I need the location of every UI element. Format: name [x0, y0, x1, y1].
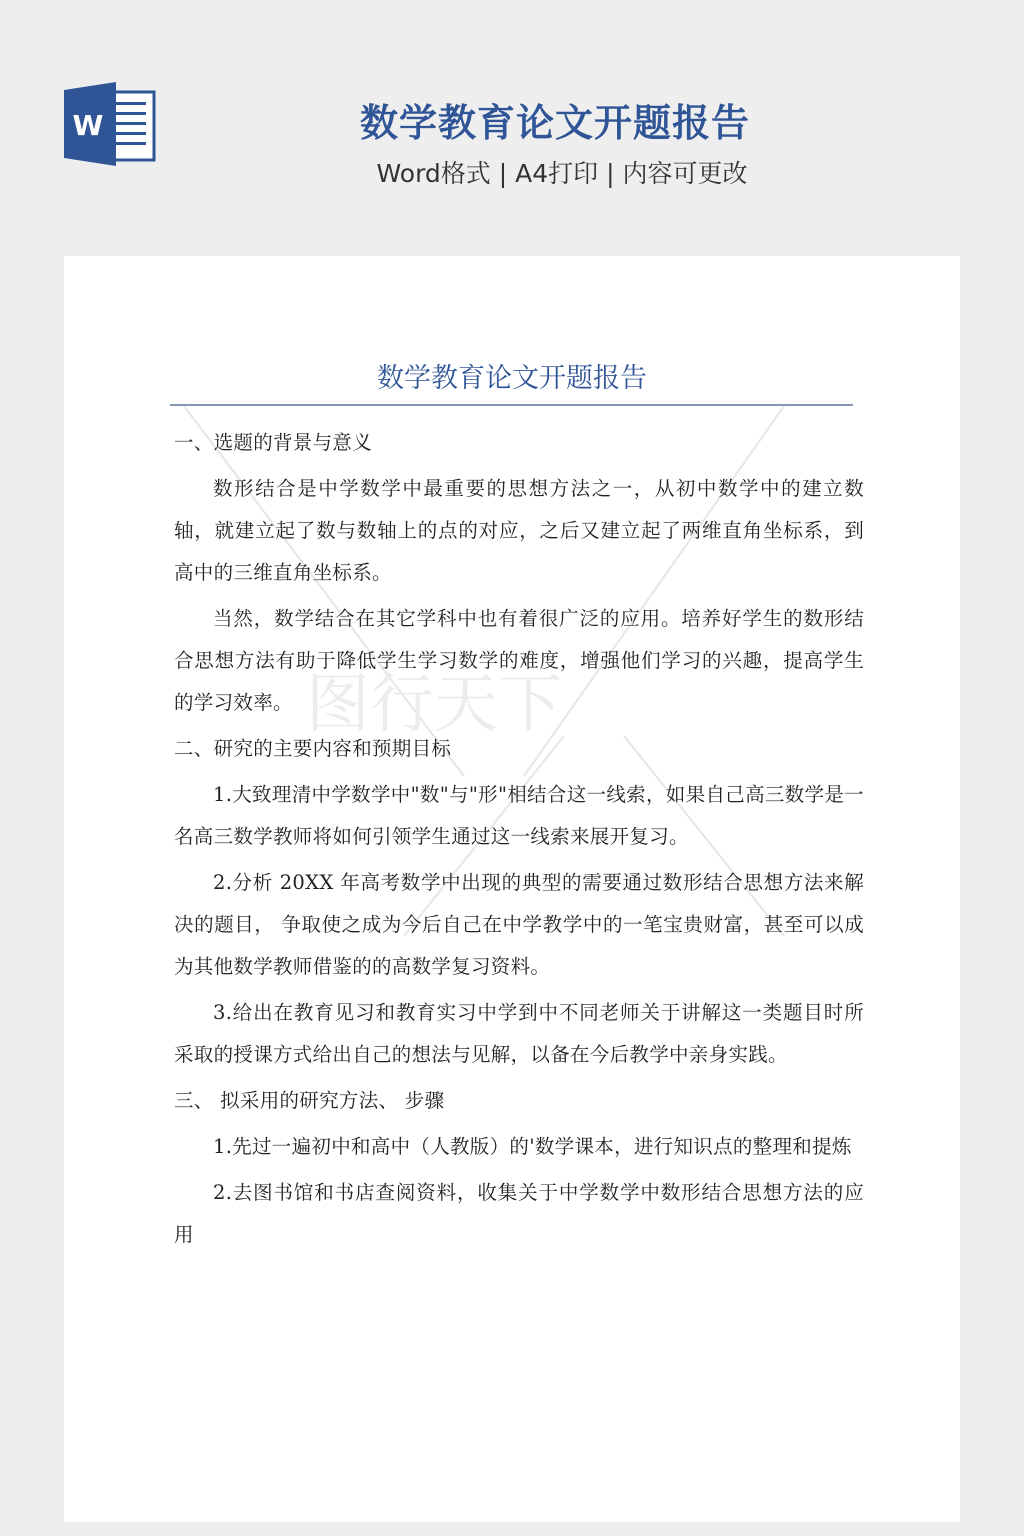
section-heading: 二、研究的主要内容和预期目标 [174, 728, 864, 770]
document-page: 图行天下 数学教育论文开题报告 一、选题的背景与意义 数形结合是中学数学中最重要… [64, 256, 960, 1522]
title-divider [170, 404, 853, 406]
paragraph: 3.给出在教育见习和教育实习中学到中不同老师关于讲解这一类题目时所采取的授课方式… [174, 992, 864, 1076]
paragraph: 2.分析 20XX 年高考数学中出现的典型的需要通过数形结合思想方法来解决的题目… [174, 862, 864, 988]
paragraph: 数形结合是中学数学中最重要的思想方法之一，从初中数学中的建立数轴，就建立起了数与… [174, 468, 864, 594]
section-heading: 三、 拟采用的研究方法、 步骤 [174, 1080, 864, 1122]
document-body: 一、选题的背景与意义 数形结合是中学数学中最重要的思想方法之一，从初中数学中的建… [174, 422, 864, 1256]
header-subtitle: Word格式 | A4打印 | 内容可更改 [0, 154, 1024, 190]
paragraph: 1.先过一遍初中和高中（人教版）的'数学课本，进行知识点的整理和提炼 [174, 1126, 864, 1168]
paragraph: 1.大致理清中学数学中"数"与"形"相结合这一线索，如果自己高三数学是一名高三数… [174, 774, 864, 858]
document-title: 数学教育论文开题报告 [64, 356, 960, 395]
paragraph: 当然，数学结合在其它学科中也有着很广泛的应用。培养好学生的数形结合思想方法有助于… [174, 598, 864, 724]
header-title: 数学教育论文开题报告 [0, 92, 1024, 147]
section-heading: 一、选题的背景与意义 [174, 422, 864, 464]
paragraph: 2.去图书馆和书店查阅资料，收集关于中学数学中数形结合思想方法的应用 [174, 1172, 864, 1256]
